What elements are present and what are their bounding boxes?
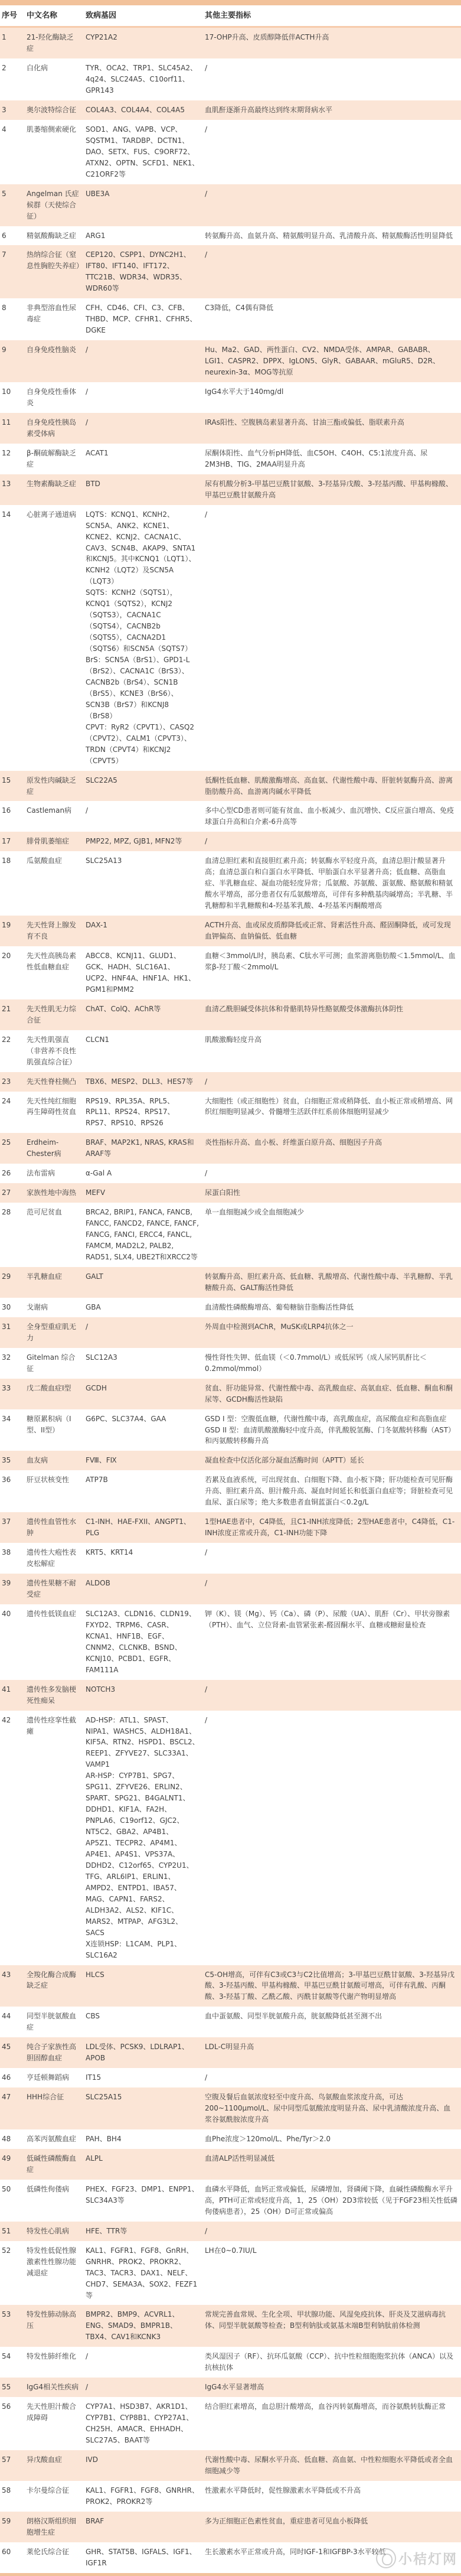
- cell-gene: C1-INH、HAE-FXII、ANGPT1、PLG: [84, 1512, 203, 1543]
- cell-name: 家族性地中海热: [25, 1183, 84, 1203]
- cell-name: 纯合子家族性高胆固醇血症: [25, 2037, 84, 2068]
- cell-name: 原发性肉碱缺乏症: [25, 771, 84, 802]
- cell-gene: BRAF、MAP2K1, NRAS, KRAS和ARAF等: [84, 1133, 203, 1164]
- table-row: 2白化病TYR、OCA2、TRP1、SLC45A2、4q24、SLC24A5、C…: [0, 58, 461, 100]
- cell-no: 21: [0, 999, 25, 1030]
- cell-name: 半乳糖血症: [25, 1267, 84, 1298]
- cell-gene: ACAT1: [84, 444, 203, 474]
- cell-gene: GCDH: [84, 1379, 203, 1409]
- table-row: 33戊二酸血症I型GCDH贫血、肝功能异常、代谢性酸中毒、高乳酸血症、高氨血症、…: [0, 1379, 461, 1409]
- cell-ind: 低酮性低血糖、肌酸激酶增高、高血氨、代谢性酸中毒、肝脏转氨酶升高、游离脂肪酸升高…: [203, 771, 461, 802]
- cell-no: 41: [0, 1680, 25, 1711]
- cell-gene: PAH、BH4: [84, 2129, 203, 2149]
- cell-no: 11: [0, 413, 25, 444]
- table-row: 10自身免疫性垂体炎/IgG4水平大于140mg/dl: [0, 382, 461, 413]
- table-row: 45纯合子家族性高胆固醇血症LDL受体、PCSK9、LDLRAP1、APOBLD…: [0, 2037, 461, 2068]
- cell-ind: 血Phe浓度＞120mol/L、Phe/Tyr＞2.0: [203, 2129, 461, 2149]
- cell-ind: /: [203, 120, 461, 184]
- cell-no: 59: [0, 2512, 25, 2542]
- cell-gene: AD-HSP：ATL1、SPAST、NIPA1、WASHC5、ALDH18A1、…: [84, 1711, 203, 1965]
- cell-name: 心脏离子通道病: [25, 505, 84, 771]
- cell-gene: GHR、STAT5B、IGFALS、IGF1、IGF1R: [84, 2542, 203, 2573]
- cell-no: 33: [0, 1379, 25, 1409]
- cell-ind: 空腹及餐后血氨浓度轻至中度升高、鸟氨酸血浆浓度升高，可达200~1100μmol…: [203, 2087, 461, 2129]
- table-row: 9自身免疫性脑炎/Hu、Ma2、GAD、两性蛋白、CV2、NMDA受体、AMPA…: [0, 340, 461, 382]
- table-header-row: 序号 中文名称 致病基因 其他主要指标: [0, 5, 461, 28]
- cell-gene: LQTS：KCNQ1、KCNH2、SCN5A、ANK2、KCNE1、KCNE2、…: [84, 505, 203, 771]
- column-header-name: 中文名称: [25, 5, 84, 26]
- table-row: 51特发性心肌病HFE、TTR等/: [0, 2222, 461, 2241]
- cell-ind: 血清总胆红素和直接胆红素升高；转氨酶水平轻度升高，血清总胆汁酸显著升高；血清总蛋…: [203, 851, 461, 916]
- cell-no: 31: [0, 1317, 25, 1348]
- cell-no: 58: [0, 2481, 25, 2512]
- table-row: 25Erdheim-Chester病BRAF、MAP2K1, NRAS, KRA…: [0, 1133, 461, 1164]
- cell-name: 肌萎缩侧索硬化: [25, 120, 84, 184]
- cell-gene: KRT5、KRT14: [84, 1543, 203, 1574]
- cell-ind: LH在0~0.7IU/L: [203, 2241, 461, 2305]
- cell-ind: 多为正细胞正色素性贫血，重症患者可见血小板降低: [203, 2512, 461, 2542]
- cell-ind: 尿有机酸分析3-甲基巴豆酰甘氨酸、3-羟基异戊酸、3-羟基丙酸、甲基枸橼酸、甲基…: [203, 474, 461, 505]
- table-row: 32Gitelman 综合征SLC12A3慢性肾性失钾、低血镁（＜0.7mmol…: [0, 1348, 461, 1379]
- cell-name: 遗传性大疱性表皮松解症: [25, 1543, 84, 1574]
- cell-name: 先天性高胰岛素性低血糖血症: [25, 946, 84, 999]
- table-row: 42遗传性痉挛性截瘫AD-HSP：ATL1、SPAST、NIPA1、WASHC5…: [0, 1711, 461, 1965]
- cell-no: 17: [0, 832, 25, 851]
- cell-no: 16: [0, 801, 25, 832]
- cell-gene: GBA: [84, 1298, 203, 1317]
- cell-gene: PHEX、FGF23、DMP1、ENPP1、SLC34A3等: [84, 2180, 203, 2222]
- table-row: 58卡尔曼综合征KAL1、FGFR1、FGF8、GNRHR、PROK2、PROK…: [0, 2481, 461, 2512]
- column-header-gene: 致病基因: [84, 5, 203, 26]
- cell-no: 47: [0, 2087, 25, 2129]
- cell-name: 朗格汉斯组织细胞增生症: [25, 2512, 84, 2542]
- cell-no: 32: [0, 1348, 25, 1379]
- table-row: 31全身型重症肌无力/外周血中检测到AChR，MuSK或LRP4抗体之一: [0, 1317, 461, 1348]
- table-row: 12β-酮硫解酶缺乏症ACAT1尿酮体阳性、血气分析pH降低、血C5OH、C4O…: [0, 444, 461, 474]
- cell-ind: C5-OH增高，可伴有C3或C3与C2比值增高；3-甲基巴豆酰甘氨酸、3-羟基异…: [203, 1965, 461, 2007]
- cell-name: β-酮硫解酶缺乏症: [25, 444, 84, 474]
- cell-no: 34: [0, 1409, 25, 1451]
- cell-no: 51: [0, 2222, 25, 2241]
- cell-no: 45: [0, 2037, 25, 2068]
- cell-name: 非典型溶血性尿毒症: [25, 298, 84, 340]
- cell-ind: C3降低，C4偶有降低: [203, 298, 461, 340]
- cell-name: 自身免疫性脑炎: [25, 340, 84, 382]
- cell-ind: 尿蛋白阳性: [203, 1183, 461, 1203]
- cell-no: 39: [0, 1574, 25, 1604]
- table-row: 5Angelman 氏症候群（天使综合征）UBE3A/: [0, 184, 461, 226]
- cell-gene: CBS: [84, 2007, 203, 2037]
- table-row: 57异戊酸血症IVD代谢性酸中毒、尿酮水平升高、低血糖、高血氨、中性粒细胞水平降…: [0, 2450, 461, 2481]
- cell-no: 3: [0, 100, 25, 120]
- cell-no: 36: [0, 1470, 25, 1512]
- cell-ind: /: [203, 1072, 461, 1092]
- cell-no: 52: [0, 2241, 25, 2305]
- cell-gene: /: [84, 413, 203, 444]
- cell-name: 生物素酶缺乏症: [25, 474, 84, 505]
- cell-name: 糖原累积病（I型、II型）: [25, 1409, 84, 1451]
- cell-ind: 慢性肾性失钾、低血镁（＜0.7mmol/L）或低尿钙（成人尿钙肌酐比＜0.2mm…: [203, 1348, 461, 1379]
- cell-no: 20: [0, 946, 25, 999]
- cell-ind: GSD I 型：空腹低血糖，代谢性酸中毒，高乳酸血症，高尿酸血症和高脂血症 GS…: [203, 1409, 461, 1451]
- table-row: 43全羧化酶合成酶缺乏症HLCSC5-OH增高，可伴有C3或C3与C2比值增高；…: [0, 1965, 461, 2007]
- cell-name: 遗传性痉挛性截瘫: [25, 1711, 84, 1965]
- cell-gene: COL4A3、COL4A4、COL4A5: [84, 100, 203, 120]
- cell-no: 4: [0, 120, 25, 184]
- cell-gene: /: [84, 801, 203, 832]
- table-row: 19先天性肾上腺发育不良DAX-1ACTH升高、血或尿皮质醇降低或正常、肾素活性…: [0, 916, 461, 946]
- cell-name: 遗传性多发脑梗死性痴呆: [25, 1680, 84, 1711]
- cell-ind: /: [203, 1543, 461, 1574]
- cell-gene: G6PC、SLC37A4、GAA: [84, 1409, 203, 1451]
- cell-gene: TYR、OCA2、TRP1、SLC45A2、4q24、SLC24A5、C10or…: [84, 58, 203, 100]
- cell-ind: 常规完善血常规、生化全项、甲状腺功能、风湿免疫抗体、肝炎及艾滋病毒抗体、同型半胱…: [203, 2305, 461, 2347]
- cell-no: 56: [0, 2397, 25, 2450]
- cell-no: 14: [0, 505, 25, 771]
- cell-no: 10: [0, 382, 25, 413]
- table-row: 27家族性地中海热MEFV尿蛋白阳性: [0, 1183, 461, 1203]
- cell-ind: IgG4水平大于140mg/dl: [203, 382, 461, 413]
- table-row: 22先天性肌强直（非营养不良性肌强直综合征）CLCN1肌酸激酶轻度升高: [0, 1030, 461, 1072]
- cell-ind: 17-OHP升高、皮质醇降低伴ACTH升高: [203, 28, 461, 58]
- cell-name: 异戊酸血症: [25, 2450, 84, 2481]
- table-row: 13生物素酶缺乏症BTD尿有机酸分析3-甲基巴豆酰甘氨酸、3-羟基异戊酸、3-羟…: [0, 474, 461, 505]
- cell-name: 戊二酸血症I型: [25, 1379, 84, 1409]
- cell-name: 特发性肺动脉高压: [25, 2305, 84, 2347]
- cell-no: 42: [0, 1711, 25, 1965]
- cell-name: 特发性肺纤维化: [25, 2347, 84, 2378]
- cell-no: 6: [0, 226, 25, 246]
- cell-no: 23: [0, 1072, 25, 1092]
- cell-no: 49: [0, 2149, 25, 2180]
- cell-gene: SLC25A13: [84, 851, 203, 916]
- table-row: 23先天性脊柱侧凸TBX6、MESP2、DLL3、HES7等/: [0, 1072, 461, 1092]
- cell-name: 同型半胱氨酸血症: [25, 2007, 84, 2037]
- cell-ind: 血磷水平降低，血钙正常或偏低，尿磷增加，肾磷阈下降，血碱性磷酸酶水平升高，PTH…: [203, 2180, 461, 2222]
- cell-name: Gitelman 综合征: [25, 1348, 84, 1379]
- cell-gene: CYP21A2: [84, 28, 203, 58]
- cell-gene: KAL1、FGFR1、FGF8、GNRHR、PROK2、PROKR2等: [84, 2481, 203, 2512]
- cell-no: 50: [0, 2180, 25, 2222]
- cell-gene: NOTCH3: [84, 1680, 203, 1711]
- table-row: 39遗传性果糖不耐受症ALDOB/: [0, 1574, 461, 1604]
- cell-no: 60: [0, 2542, 25, 2573]
- cell-gene: CFH、CD46、CFI、C3、CFB、THBD、MCP、CFHR1、CFHR5…: [84, 298, 203, 340]
- cell-ind: /: [203, 2222, 461, 2241]
- cell-name: 奥尔波特综合征: [25, 100, 84, 120]
- cell-ind: /: [203, 1164, 461, 1183]
- cell-gene: /: [84, 2347, 203, 2378]
- cell-ind: /: [203, 1574, 461, 1604]
- table-row: 48高苯丙氨酸血症PAH、BH4血Phe浓度＞120mol/L、Phe/Tyr＞…: [0, 2129, 461, 2149]
- cell-ind: LDL-C明显升高: [203, 2037, 461, 2068]
- cell-name: 范可尼贫血: [25, 1203, 84, 1267]
- cell-gene: ALPL: [84, 2149, 203, 2180]
- cell-name: 21-羟化酶缺乏症: [25, 28, 84, 58]
- table-row: 4肌萎缩侧索硬化SOD1、ANG、VAPB、VCP、SQSTM1、TARDBP、…: [0, 120, 461, 184]
- table-row: 50低磷性佝偻病PHEX、FGF23、DMP1、ENPP1、SLC34A3等血磷…: [0, 2180, 461, 2222]
- cell-gene: ATP7B: [84, 1470, 203, 1512]
- cell-gene: DAX-1: [84, 916, 203, 946]
- table-row: 60莱伦氏综合征GHR、STAT5B、IGFALS、IGF1、IGF1R生长激素…: [0, 2542, 461, 2573]
- cell-ind: 贫血、肝功能异常、代谢性酸中毒、高乳酸血症、高氨血症、低血糖、酮血和酮尿等、GC…: [203, 1379, 461, 1409]
- cell-ind: 外周血中检测到AChR，MuSK或LRP4抗体之一: [203, 1317, 461, 1348]
- cell-name: 先天性脊柱侧凸: [25, 1072, 84, 1092]
- table-row: 121-羟化酶缺乏症CYP21A217-OHP升高、皮质醇降低伴ACTH升高: [0, 28, 461, 58]
- cell-no: 37: [0, 1512, 25, 1543]
- cell-ind: 钾（K）、镁（Mg）、钙（Ca）、磷（P）、尿酸（UA）、肌酐（Cr）、甲状旁腺…: [203, 1604, 461, 1680]
- cell-gene: KAL1、FGFR1、FGF8、GnRH、GNRHR、PROK2、PROKR2、…: [84, 2241, 203, 2305]
- table-row: 56先天性胆汁酸合成障碍CYP7A1、HSD3B7、AKR1D1、CYP7B1、…: [0, 2397, 461, 2450]
- cell-no: 9: [0, 340, 25, 382]
- cell-ind: 1型HAE患者中，C4降低，且C1-INH浓度降低；2型HAE患者中，C4降低，…: [203, 1512, 461, 1543]
- cell-ind: /: [203, 58, 461, 100]
- cell-no: 29: [0, 1267, 25, 1298]
- cell-gene: GALT: [84, 1267, 203, 1298]
- cell-ind: 性激素水平降低时，促性腺激素水平降低或不升高: [203, 2481, 461, 2512]
- table-row: 30戈谢病GBA血清酸性磷酸酶增高、葡萄糖脑苷脂酶活性降低: [0, 1298, 461, 1317]
- cell-ind: IRAs阳性、空腹胰岛素显著升高、甘油三酯或偏低、脂联素升高: [203, 413, 461, 444]
- cell-gene: ALDOB: [84, 1574, 203, 1604]
- cell-name: Angelman 氏症候群（天使综合征）: [25, 184, 84, 226]
- table-row: 46亨廷顿舞蹈病IT15/: [0, 2068, 461, 2087]
- cell-ind: 血糖＜3mmol/L时，胰岛素、C肽水平可测；血浆游离脂肪酸＜1.5mmol/L…: [203, 946, 461, 999]
- cell-name: 特发性低促性腺激素性性腺功能减退症: [25, 2241, 84, 2305]
- table-row: 59朗格汉斯组织细胞增生症BRAF多为正细胞正色素性贫血，重症患者可见血小板降低: [0, 2512, 461, 2542]
- cell-gene: /: [84, 382, 203, 413]
- cell-gene: TBX6、MESP2、DLL3、HES7等: [84, 1072, 203, 1092]
- cell-gene: /: [84, 2378, 203, 2397]
- cell-gene: HFE、TTR等: [84, 2222, 203, 2241]
- cell-ind: /: [203, 2068, 461, 2087]
- cell-no: 2: [0, 58, 25, 100]
- cell-ind: 代谢性酸中毒、尿酮水平升高、低血糖、高血氨、中性粒细胞水平降低或者全血细胞减少等: [203, 2450, 461, 2481]
- table-row: 16Castleman病/多中心型CD患者则可能有贫血、血小板减少、血沉增快、C…: [0, 801, 461, 832]
- cell-name: 血友病: [25, 1451, 84, 1470]
- table-row: 47HHH综合征SLC25A15空腹及餐后血氨浓度轻至中度升高、鸟氨酸血浆浓度升…: [0, 2087, 461, 2129]
- cell-ind: Hu、Ma2、GAD、两性蛋白、CV2、NMDA受体、AMPAR、GABABR、…: [203, 340, 461, 382]
- cell-no: 57: [0, 2450, 25, 2481]
- cell-no: 22: [0, 1030, 25, 1072]
- cell-ind: 生长激素水平正常或升高，同时IGF-1和IGFBP-3水平较低: [203, 2542, 461, 2573]
- cell-gene: SLC12A3: [84, 1348, 203, 1379]
- cell-no: 40: [0, 1604, 25, 1680]
- cell-no: 13: [0, 474, 25, 505]
- table-body: 121-羟化酶缺乏症CYP21A217-OHP升高、皮质醇降低伴ACTH升高2白…: [0, 28, 461, 2572]
- cell-gene: BMPR2、BMP9、ACVRL1、ENG、SMAD9、BMPR1B、TBX4、…: [84, 2305, 203, 2347]
- cell-gene: PMP22, MPZ, GJB1, MFN2等: [84, 832, 203, 851]
- cell-name: Erdheim-Chester病: [25, 1133, 84, 1164]
- cell-no: 55: [0, 2378, 25, 2397]
- cell-name: 遗传性血管性水肿: [25, 1512, 84, 1543]
- cell-ind: /: [203, 505, 461, 771]
- cell-no: 15: [0, 771, 25, 802]
- table-row: 20先天性高胰岛素性低血糖血症ABCC8、KCNJ11、GLUD1、GCK、HA…: [0, 946, 461, 999]
- cell-name: 特发性心肌病: [25, 2222, 84, 2241]
- table-row: 35血友病FⅧ、FⅨ凝血检查中仅活化部分凝血活酶时间（APTT）延长: [0, 1451, 461, 1470]
- cell-name: 戈谢病: [25, 1298, 84, 1317]
- cell-name: 莱伦氏综合征: [25, 2542, 84, 2573]
- cell-ind: /: [203, 832, 461, 851]
- cell-name: 先天性肌无力综合征: [25, 999, 84, 1030]
- table-row: 29半乳糖血症GALT转氨酶升高、胆红素升高、低血糖、乳酸增高、代谢性酸中毒、半…: [0, 1267, 461, 1298]
- cell-ind: 血中蛋氨酸、同型半胱氨酸升高，胱氨酸降低甚至测不出: [203, 2007, 461, 2037]
- cell-gene: CEP120、CSPP1、DYNC2H1、IFT80、IFT140、IFT172…: [84, 245, 203, 298]
- cell-name: 全羧化酶合成酶缺乏症: [25, 1965, 84, 2007]
- table-row: 36肝豆状核变性ATP7B若累及血液系统，可出现贫血、白细胞下降、血小板下降；肝…: [0, 1470, 461, 1512]
- cell-ind: /: [203, 245, 461, 298]
- cell-gene: /: [84, 340, 203, 382]
- cell-no: 30: [0, 1298, 25, 1317]
- cell-name: 亨廷顿舞蹈病: [25, 2068, 84, 2087]
- cell-name: 白化病: [25, 58, 84, 100]
- cell-gene: /: [84, 1317, 203, 1348]
- cell-ind: 类风湿因子（RF）、抗环瓜氨酸（CCP）、抗中性粒细胞胞浆抗体（ANCA）以及抗…: [203, 2347, 461, 2378]
- cell-name: 自身免疫性垂体炎: [25, 382, 84, 413]
- cell-no: 46: [0, 2068, 25, 2087]
- cell-name: 精氨酸酶缺乏症: [25, 226, 84, 246]
- cell-ind: 转氨酶升高、血氨升高、精氨酸明显升高、乳清酸升高、精氨酸酶活性明显降低: [203, 226, 461, 246]
- table-row: 7热纳综合征（窒息性胸腔失养症）CEP120、CSPP1、DYNC2H1、IFT…: [0, 245, 461, 298]
- cell-no: 12: [0, 444, 25, 474]
- table-row: 34糖原累积病（I型、II型）G6PC、SLC37A4、GAAGSD I 型：空…: [0, 1409, 461, 1451]
- cell-ind: 血清乙酰胆碱受体抗体和骨骼肌特异性酪氨酸受体激酶抗体阴性: [203, 999, 461, 1030]
- cell-gene: α-Gal A: [84, 1164, 203, 1183]
- cell-name: 低碱性磷酸酶血症: [25, 2149, 84, 2180]
- cell-no: 26: [0, 1164, 25, 1183]
- disease-reference-table: 序号 中文名称 致病基因 其他主要指标 121-羟化酶缺乏症CYP21A217-…: [0, 0, 461, 2576]
- cell-ind: 多中心型CD患者则可能有贫血、血小板减少、血沉增快、C反应蛋白增高、免疫球蛋白升…: [203, 801, 461, 832]
- cell-ind: 结合胆红素增高，血总胆汁酸增高，血谷丙转氨酶增高，而谷氨酰转肽酶正常: [203, 2397, 461, 2450]
- cell-ind: 血清ALP活性明显减低: [203, 2149, 461, 2180]
- cell-name: 热纳综合征（窒息性胸腔失养症）: [25, 245, 84, 298]
- cell-no: 5: [0, 184, 25, 226]
- table-row: 44同型半胱氨酸血症CBS血中蛋氨酸、同型半胱氨酸升高，胱氨酸降低甚至测不出: [0, 2007, 461, 2037]
- cell-no: 48: [0, 2129, 25, 2149]
- cell-ind: /: [203, 1711, 461, 1965]
- cell-gene: FⅧ、FⅨ: [84, 1451, 203, 1470]
- cell-name: IgG4相关性疾病: [25, 2378, 84, 2397]
- cell-no: 24: [0, 1092, 25, 1134]
- table-row: 53特发性肺动脉高压BMPR2、BMP9、ACVRL1、ENG、SMAD9、BM…: [0, 2305, 461, 2347]
- cell-ind: 尿酮体阳性、血气分析pH降低、血C5OH、C4OH、C5:1浓度升高、尿2M3H…: [203, 444, 461, 474]
- cell-gene: IT15: [84, 2068, 203, 2087]
- cell-no: 54: [0, 2347, 25, 2378]
- cell-name: 全身型重症肌无力: [25, 1317, 84, 1348]
- cell-gene: ChAT、ColQ、AChR等: [84, 999, 203, 1030]
- cell-gene: UBE3A: [84, 184, 203, 226]
- cell-no: 8: [0, 298, 25, 340]
- cell-gene: SLC12A3、CLDN16、CLDN19、FXYD2、TRPM6、CASR、K…: [84, 1604, 203, 1680]
- cell-name: 先天性胆汁酸合成障碍: [25, 2397, 84, 2450]
- column-header-indicators: 其他主要指标: [203, 5, 461, 26]
- cell-no: 35: [0, 1451, 25, 1470]
- table-row: 11自身免疫性胰岛素受体病/IRAs阳性、空腹胰岛素显著升高、甘油三酯或偏低、脂…: [0, 413, 461, 444]
- cell-name: 先天性肌强直（非营养不良性肌强直综合征）: [25, 1030, 84, 1072]
- cell-name: 低磷性佝偻病: [25, 2180, 84, 2222]
- cell-no: 27: [0, 1183, 25, 1203]
- cell-gene: ARG1: [84, 226, 203, 246]
- table-row: 18瓜氨酸血症SLC25A13血清总胆红素和直接胆红素升高；转氨酶水平轻度升高，…: [0, 851, 461, 916]
- cell-no: 1: [0, 28, 25, 58]
- table-row: 52特发性低促性腺激素性性腺功能减退症KAL1、FGFR1、FGF8、GnRH、…: [0, 2241, 461, 2305]
- cell-name: 遗传性低镁血症: [25, 1604, 84, 1680]
- cell-no: 43: [0, 1965, 25, 2007]
- cell-ind: 若累及血液系统，可出现贫血、白细胞下降、血小板下降；肝功能检查可见肝酶升高、胆红…: [203, 1470, 461, 1512]
- cell-name: HHH综合征: [25, 2087, 84, 2129]
- table-row: 41遗传性多发脑梗死性痴呆NOTCH3/: [0, 1680, 461, 1711]
- cell-gene: SOD1、ANG、VAPB、VCP、SQSTM1、TARDBP、DCTN1、DA…: [84, 120, 203, 184]
- cell-name: 肝豆状核变性: [25, 1470, 84, 1512]
- cell-ind: 大细胞性（或正细胞性）贫血，白细胞正常或稍降低、血小板正常或稍增高、网织红细胞明…: [203, 1092, 461, 1134]
- cell-ind: IgG4水平显著增高: [203, 2378, 461, 2397]
- cell-name: 遗传性果糖不耐受症: [25, 1574, 84, 1604]
- cell-name: 高苯丙氨酸血症: [25, 2129, 84, 2149]
- column-header-no: 序号: [0, 5, 25, 26]
- cell-ind: /: [203, 1680, 461, 1711]
- cell-gene: BRCA2, BRIP1, FANCA, FANCB, FANCC, FANCD…: [84, 1203, 203, 1267]
- table-row: 37遗传性血管性水肿C1-INH、HAE-FXII、ANGPT1、PLG1型HA…: [0, 1512, 461, 1543]
- table-row: 6精氨酸酶缺乏症ARG1转氨酶升高、血氨升高、精氨酸明显升高、乳清酸升高、精氨酸…: [0, 226, 461, 246]
- cell-ind: 转氨酶升高、胆红素升高、低血糖、乳酸增高、代谢性酸中毒、半乳糖醇、半乳糖酸升高、…: [203, 1267, 461, 1298]
- cell-name: 先天性纯红细胞再生障碍性贫血: [25, 1092, 84, 1134]
- table-row: 17腓骨肌萎缩症PMP22, MPZ, GJB1, MFN2等/: [0, 832, 461, 851]
- cell-gene: CLCN1: [84, 1030, 203, 1072]
- cell-gene: SLC25A15: [84, 2087, 203, 2129]
- cell-name: 自身免疫性胰岛素受体病: [25, 413, 84, 444]
- cell-name: 卡尔曼综合征: [25, 2481, 84, 2512]
- cell-ind: 单一血细胞减少或全血细胞减少: [203, 1203, 461, 1267]
- cell-ind: /: [203, 184, 461, 226]
- cell-gene: BTD: [84, 474, 203, 505]
- cell-no: 38: [0, 1543, 25, 1574]
- cell-gene: HLCS: [84, 1965, 203, 2007]
- table-row: 15原发性肉碱缺乏症SLC22A5低酮性低血糖、肌酸激酶增高、高血氨、代谢性酸中…: [0, 771, 461, 802]
- cell-gene: RPS19、RPL35A、RPL5、RPL11、RPS24、RPS17、RPS7…: [84, 1092, 203, 1134]
- cell-gene: SLC22A5: [84, 771, 203, 802]
- cell-no: 28: [0, 1203, 25, 1267]
- cell-ind: 血清酸性磷酸酶增高、葡萄糖脑苷脂酶活性降低: [203, 1298, 461, 1317]
- table-row: 26法布雷病α-Gal A/: [0, 1164, 461, 1183]
- cell-no: 53: [0, 2305, 25, 2347]
- cell-name: 腓骨肌萎缩症: [25, 832, 84, 851]
- cell-ind: 炎性指标升高、血小板、纤维蛋白原升高、细胞因子升高: [203, 1133, 461, 1164]
- cell-name: Castleman病: [25, 801, 84, 832]
- cell-gene: IVD: [84, 2450, 203, 2481]
- table-row: 54特发性肺纤维化/类风湿因子（RF）、抗环瓜氨酸（CCP）、抗中性粒细胞胞浆抗…: [0, 2347, 461, 2378]
- cell-ind: 血肌酐逐渐升高最终达到终末期肾病水平: [203, 100, 461, 120]
- cell-gene: LDL受体、PCSK9、LDLRAP1、APOB: [84, 2037, 203, 2068]
- cell-name: 先天性肾上腺发育不良: [25, 916, 84, 946]
- table-row: 38遗传性大疱性表皮松解症KRT5、KRT14/: [0, 1543, 461, 1574]
- table-row: 14心脏离子通道病LQTS：KCNQ1、KCNH2、SCN5A、ANK2、KCN…: [0, 505, 461, 771]
- table-row: 24先天性纯红细胞再生障碍性贫血RPS19、RPL35A、RPL5、RPL11、…: [0, 1092, 461, 1134]
- cell-gene: BRAF: [84, 2512, 203, 2542]
- table-row: 28范可尼贫血BRCA2, BRIP1, FANCA, FANCB, FANCC…: [0, 1203, 461, 1267]
- cell-ind: 肌酸激酶轻度升高: [203, 1030, 461, 1072]
- cell-gene: MEFV: [84, 1183, 203, 1203]
- cell-no: 25: [0, 1133, 25, 1164]
- cell-no: 7: [0, 245, 25, 298]
- table-row: 40遗传性低镁血症SLC12A3、CLDN16、CLDN19、FXYD2、TRP…: [0, 1604, 461, 1680]
- cell-name: 法布雷病: [25, 1164, 84, 1183]
- cell-gene: ABCC8、KCNJ11、GLUD1、GCK、HADH、SLC16A1、UCP2…: [84, 946, 203, 999]
- cell-ind: 凝血检查中仅活化部分凝血活酶时间（APTT）延长: [203, 1451, 461, 1470]
- table-row: 3奥尔波特综合征COL4A3、COL4A4、COL4A5血肌酐逐渐升高最终达到终…: [0, 100, 461, 120]
- table-row: 8非典型溶血性尿毒症CFH、CD46、CFI、C3、CFB、THBD、MCP、C…: [0, 298, 461, 340]
- cell-name: 瓜氨酸血症: [25, 851, 84, 916]
- cell-no: 18: [0, 851, 25, 916]
